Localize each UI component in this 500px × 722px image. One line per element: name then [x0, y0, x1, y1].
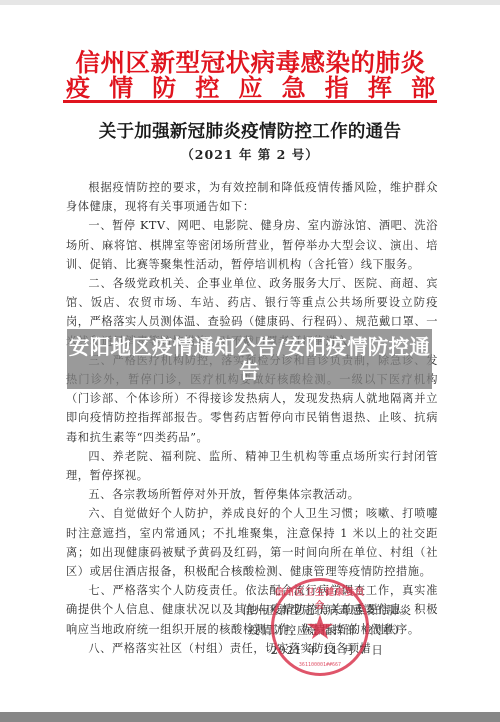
header-divider [63, 100, 437, 103]
official-seal: 信州区卫生健康委员会 ★ 361100001##667 [271, 578, 369, 676]
notice-number: （2021 年 第 2 号） [0, 145, 500, 163]
issuer-char: 部 [411, 76, 435, 100]
paragraph-item-5: 五、各宗教场所暂停对外开放，暂停集体宗教活动。 [66, 485, 438, 504]
issuer-line-1: 信州区新型冠状病毒感染的肺炎 [64, 50, 437, 76]
issuer-char: 防 [152, 76, 176, 100]
paragraph-item-6: 六、自觉做好个人防护，养成良好的个人卫生习惯；咳嗽、打喷嚏时注意遮挡，室内常通风… [66, 504, 438, 581]
notice-body: 根据疫情防控的要求，为有效控制和降低疫情传播风险，维护群众身体健康，现将有关事项… [66, 178, 438, 658]
issuer-char: 情 [109, 76, 133, 100]
bottom-bar [0, 712, 500, 722]
issuer-char: 控 [195, 76, 219, 100]
issuer-char: 挥 [368, 76, 392, 100]
paragraph-item-1: 一、暂停 KTV、网吧、电影院、健身房、室内游泳馆、酒吧、洗浴场所、麻将馆、棋牌… [66, 216, 438, 274]
issuer-header: 信州区新型冠状病毒感染的肺炎 疫 情 防 控 应 急 指 挥 部 [64, 50, 437, 100]
issuer-line-2: 疫 情 防 控 应 急 指 挥 部 [64, 76, 437, 100]
issuer-char: 指 [325, 76, 349, 100]
paragraph-item-4: 四、养老院、福利院、监所、精神卫生机构等重点场所实行封闭管理，暂停探视。 [66, 447, 438, 485]
seal-code: 361100001##667 [274, 662, 366, 668]
issuer-char: 应 [239, 76, 263, 100]
star-icon: ★ [274, 611, 366, 645]
paragraph-intro: 根据疫情防控的要求，为有效控制和降低疫情传播风险，维护群众身体健康，现将有关事项… [66, 178, 438, 216]
notice-title: 关于加强新冠肺炎疫情防控工作的通告 [0, 118, 500, 143]
caption-text: 安阳地区疫情通知公告/安阳疫情防控通告 [69, 335, 430, 383]
issuer-char: 疫 [66, 76, 90, 100]
issuer-char: 急 [282, 76, 306, 100]
caption-overlay: 安阳地区疫情通知公告/安阳疫情防控通告 [67, 329, 432, 389]
